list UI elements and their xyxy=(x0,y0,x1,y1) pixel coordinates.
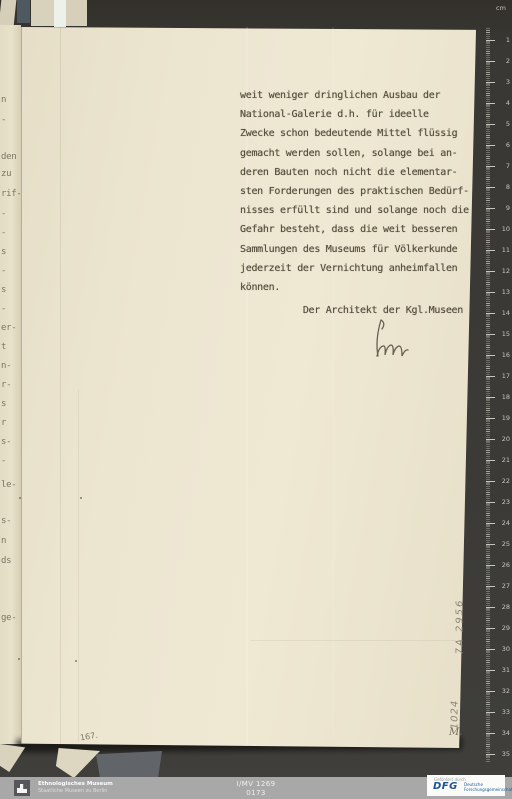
ruler-unit-label: cm xyxy=(496,4,506,12)
ruler-cm-tick xyxy=(486,649,495,650)
pin-hole xyxy=(80,497,82,499)
ruler-cm-tick xyxy=(486,712,495,713)
edge-fragment: s xyxy=(1,247,6,257)
page-corner-below xyxy=(55,748,100,778)
edge-fragment: ge- xyxy=(1,613,16,623)
ruler: cm 1234567891011121314151617181920212223… xyxy=(486,0,512,799)
typed-line: nisses erfüllt sind und solange noch die xyxy=(240,201,476,220)
edge-fragment: er- xyxy=(1,323,16,333)
ruler-cm-number: 21 xyxy=(497,456,510,464)
footer-bar: Ethnologisches Museum Staatliche Museen … xyxy=(0,777,512,799)
typed-text: weit weniger dringlichen Ausbau derNatio… xyxy=(240,86,476,297)
edge-fragment: - xyxy=(1,209,6,219)
edge-fragment: - xyxy=(1,228,6,238)
edge-fragment: - xyxy=(1,266,6,276)
ruler-cm-tick xyxy=(486,439,495,440)
dfg-org-name: Deutsche Forschungsgemeinschaft xyxy=(464,783,512,792)
ruler-cm-number: 29 xyxy=(497,624,510,632)
ruler-cm-tick xyxy=(486,565,495,566)
ruler-cm-tick xyxy=(486,754,495,755)
ruler-cm-tick xyxy=(486,313,495,314)
ruler-mm-ticks xyxy=(486,28,490,762)
ruler-cm-number: 10 xyxy=(497,225,510,233)
ruler-cm-number: 33 xyxy=(497,708,510,716)
ruler-cm-tick xyxy=(486,61,495,62)
ruler-cm-number: 22 xyxy=(497,477,510,485)
dfg-org-line2: Forschungsgemeinschaft xyxy=(464,788,512,793)
edge-fragment: den xyxy=(1,152,16,162)
edge-fragment: r- xyxy=(1,380,11,390)
ruler-cm-number: 15 xyxy=(497,330,510,338)
signature-scribble xyxy=(360,315,420,370)
ruler-cm-tick xyxy=(486,460,495,461)
ruler-cm-number: 6 xyxy=(497,141,510,149)
ruler-cm-number: 5 xyxy=(497,120,510,128)
ruler-cm-number: 20 xyxy=(497,435,510,443)
edge-fragment: r xyxy=(1,418,6,428)
ruler-cm-number: 16 xyxy=(497,351,510,359)
ruler-cm-tick xyxy=(486,208,495,209)
ruler-cm-number: 18 xyxy=(497,393,510,401)
typed-line: National-Galerie d.h. für ideelle xyxy=(240,105,476,124)
typed-line: sten Forderungen des praktischen Bedürf- xyxy=(240,182,476,201)
ruler-cm-tick xyxy=(486,292,495,293)
ruler-cm-number: 4 xyxy=(497,99,510,107)
ruler-cm-tick xyxy=(486,586,495,587)
typed-line: Sammlungen des Museums für Völkerkunde xyxy=(240,240,476,259)
edge-fragment: s xyxy=(1,399,6,409)
ruler-cm-tick xyxy=(486,229,495,230)
ruler-cm-tick xyxy=(486,397,495,398)
ruler-cm-tick xyxy=(486,166,495,167)
ruler-cm-tick xyxy=(486,82,495,83)
ruler-cm-number: 31 xyxy=(497,666,510,674)
page-edge-strip xyxy=(66,0,87,26)
ruler-cm-tick xyxy=(486,271,495,272)
ruler-cm-tick xyxy=(486,418,495,419)
pin-hole xyxy=(75,660,77,662)
typed-line: jederzeit der Vernichtung anheimfallen xyxy=(240,259,476,278)
typed-line: weit weniger dringlichen Ausbau der xyxy=(240,86,476,105)
ruler-cm-tick xyxy=(486,670,495,671)
edge-fragment: n xyxy=(1,536,6,546)
fold-line xyxy=(21,27,22,744)
edge-fragment: le- xyxy=(1,480,16,490)
edge-fragment: zu xyxy=(1,169,11,179)
ruler-cm-number: 35 xyxy=(497,750,510,758)
closing-line: Der Architekt der Kgl.Museen xyxy=(240,305,463,316)
ruler-cm-number: 23 xyxy=(497,498,510,506)
page-corner-below xyxy=(96,751,162,778)
ruler-cm-tick xyxy=(486,607,495,608)
ruler-cm-tick xyxy=(486,40,495,41)
ruler-cm-number: 12 xyxy=(497,267,510,275)
ruler-cm-number: 1 xyxy=(497,36,510,44)
archival-number-rotated: 7A 2956 xyxy=(455,587,466,667)
cursive-pencil-mark: M. xyxy=(449,727,462,738)
edge-fragment: - xyxy=(1,115,6,125)
ruler-cm-number: 9 xyxy=(497,204,510,212)
ruler-cm-tick xyxy=(486,187,495,188)
typed-line: gemacht werden sollen, solange bei an- xyxy=(240,144,476,163)
edge-fragments: n-denzurif---s-s-er-tn-r-srs--le-s-ndsge… xyxy=(0,0,20,799)
typed-line: können. xyxy=(240,278,476,297)
ruler-cm-tick xyxy=(486,523,495,524)
ruler-cm-tick xyxy=(486,376,495,377)
edge-fragment: s- xyxy=(1,437,11,447)
ruler-cm-number: 30 xyxy=(497,645,510,653)
page-edge-strip xyxy=(54,0,66,27)
ruler-cm-tick xyxy=(486,355,495,356)
edge-fragment: t xyxy=(1,342,6,352)
ruler-cm-tick xyxy=(486,124,495,125)
page-edge-strip xyxy=(31,0,54,26)
ruler-cm-number: 26 xyxy=(497,561,510,569)
typed-line: Gefahr besteht, dass die weit besseren xyxy=(240,220,476,239)
ruler-cm-tick xyxy=(486,250,495,251)
edge-fragment: n- xyxy=(1,361,11,371)
ruler-cm-number: 2 xyxy=(497,57,510,65)
ruler-cm-number: 25 xyxy=(497,540,510,548)
ruler-cm-tick xyxy=(486,334,495,335)
edge-fragment: s xyxy=(1,285,6,295)
ruler-cm-number: 27 xyxy=(497,582,510,590)
dfg-logo-text: DFG xyxy=(433,781,458,792)
edge-fragment: rif- xyxy=(1,189,21,199)
edge-fragment: ds xyxy=(1,556,11,566)
ruler-cm-number: 24 xyxy=(497,519,510,527)
ruler-cm-tick xyxy=(486,628,495,629)
ruler-cm-number: 17 xyxy=(497,372,510,380)
ruler-cm-number: 28 xyxy=(497,603,510,611)
ruler-cm-tick xyxy=(486,733,495,734)
ruler-cm-tick xyxy=(486,103,495,104)
edge-fragment: n xyxy=(1,95,6,105)
edge-fragment: s- xyxy=(1,516,11,526)
typed-line: deren Bauten noch nicht die elementar- xyxy=(240,163,476,182)
ruler-cm-number: 34 xyxy=(497,729,510,737)
ruler-cm-number: 7 xyxy=(497,162,510,170)
edge-fragment: - xyxy=(1,304,6,314)
dfg-logo: Gefördert durch DFG Deutsche Forschungsg… xyxy=(427,775,505,796)
typed-line: Zwecke schon bedeutende Mittel flüssig xyxy=(240,124,476,143)
edge-fragment: - xyxy=(1,456,6,466)
ruler-cm-tick xyxy=(486,691,495,692)
ruler-cm-number: 3 xyxy=(497,78,510,86)
ruler-cm-tick xyxy=(486,145,495,146)
ruler-cm-tick xyxy=(486,481,495,482)
ruler-cm-number: 8 xyxy=(497,183,510,191)
scan-stage: n-denzurif---s-s-er-tn-r-srs--le-s-ndsge… xyxy=(0,0,512,799)
ruler-cm-tick xyxy=(486,544,495,545)
ruler-cm-number: 32 xyxy=(497,687,510,695)
ruler-cm-number: 11 xyxy=(497,246,510,254)
ruler-cm-number: 14 xyxy=(497,309,510,317)
ruler-cm-number: 13 xyxy=(497,288,510,296)
ruler-cm-tick xyxy=(486,502,495,503)
ruler-cm-number: 19 xyxy=(497,414,510,422)
